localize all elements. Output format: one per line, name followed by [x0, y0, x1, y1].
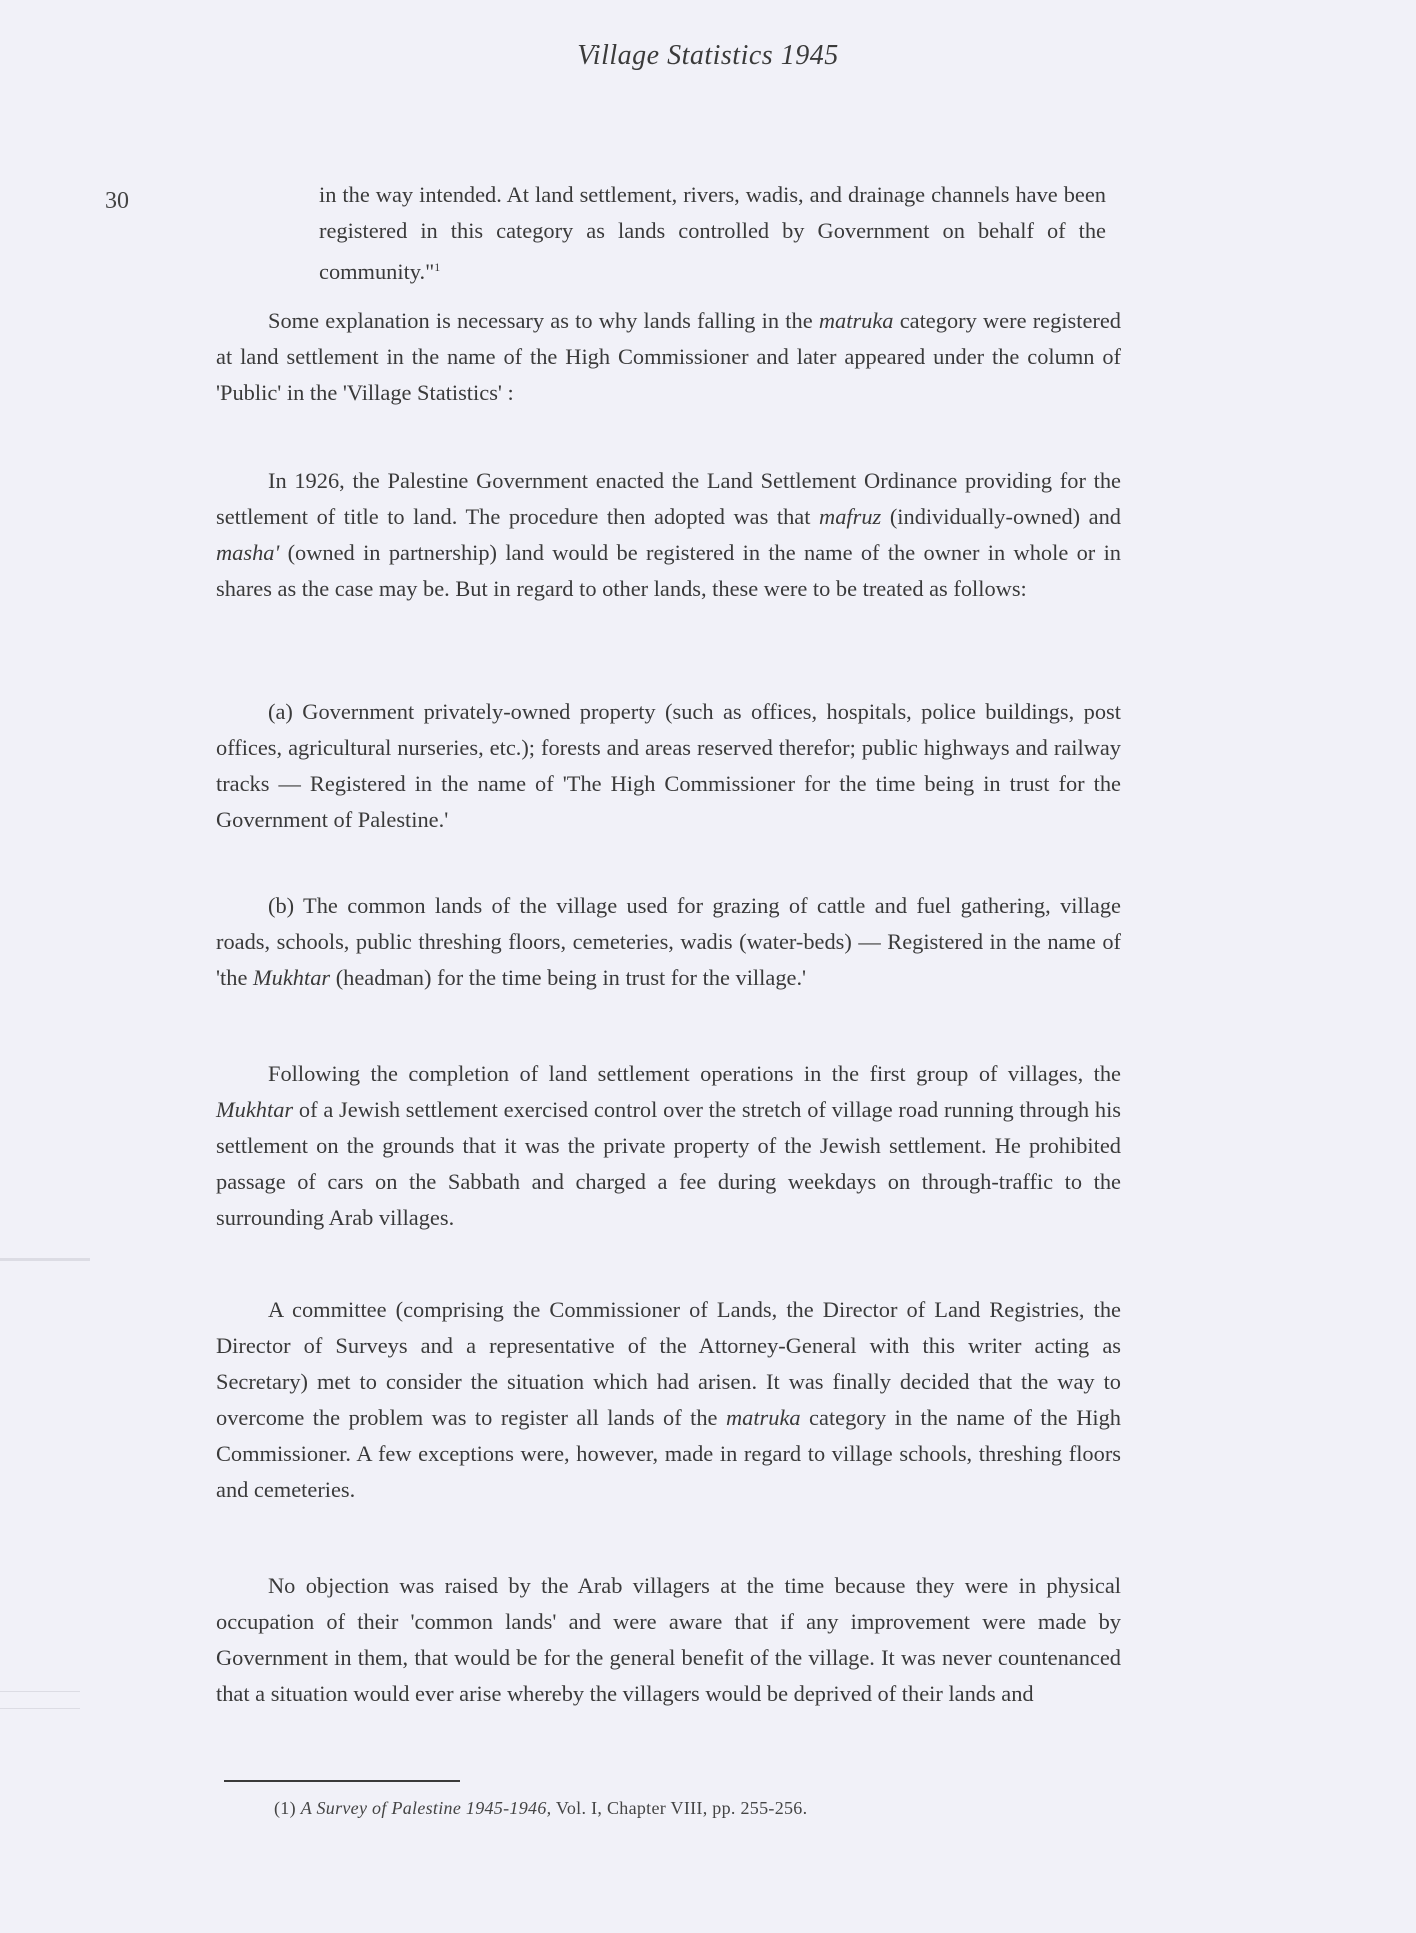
paragraph-item-b: (b) The common lands of the village used… [216, 888, 1121, 996]
paragraph-matruka-explanation: Some explanation is necessary as to why … [216, 303, 1121, 411]
text-run: (owned in partnership) land would be reg… [216, 540, 1121, 601]
footnote-marker: (1) [274, 1798, 296, 1818]
italic-term: Mukhtar [253, 965, 330, 990]
text-run: Some explanation is necessary as to why … [268, 308, 819, 333]
italic-term: mafruz [819, 504, 881, 529]
footnote-reference: 1 [434, 260, 440, 274]
text-run: (individually-owned) and [881, 504, 1121, 529]
quote-continuation: in the way intended. At land settlement,… [319, 177, 1106, 290]
text-run: Following the completion of land settlem… [268, 1061, 1121, 1086]
footnote-divider [224, 1780, 460, 1782]
scan-artifact [0, 1258, 90, 1261]
text-run: No objection was raised by the Arab vill… [216, 1573, 1121, 1706]
page-number: 30 [105, 188, 129, 215]
italic-term: matruka [819, 308, 894, 333]
scan-artifact [0, 1691, 80, 1692]
paragraph-no-objection: No objection was raised by the Arab vill… [216, 1568, 1121, 1712]
paragraph-committee: A committee (comprising the Commissioner… [216, 1292, 1121, 1508]
paragraph-item-a: (a) Government privately-owned property … [216, 694, 1121, 838]
text-run: of a Jewish settlement exercised control… [216, 1097, 1121, 1230]
running-title: Village Statistics 1945 [0, 40, 1416, 72]
italic-term: Mukhtar [216, 1097, 293, 1122]
footnote-source-title: A Survey of Palestine 1945-1946, [301, 1798, 552, 1818]
paragraph-jewish-settlement-road: Following the completion of land settlem… [216, 1056, 1121, 1236]
footnote-1: (1) A Survey of Palestine 1945-1946, Vol… [274, 1798, 807, 1819]
italic-term: masha' [216, 540, 279, 565]
italic-term: matruka [726, 1405, 801, 1430]
scan-artifact [0, 1708, 80, 1709]
text-run: (a) Government privately-owned property … [216, 699, 1121, 832]
footnote-source-detail: Vol. I, Chapter VIII, pp. 255-256. [551, 1798, 807, 1818]
text-run: (headman) for the time being in trust fo… [330, 965, 806, 990]
paragraph-1926-ordinance: In 1926, the Palestine Government enacte… [216, 463, 1121, 607]
